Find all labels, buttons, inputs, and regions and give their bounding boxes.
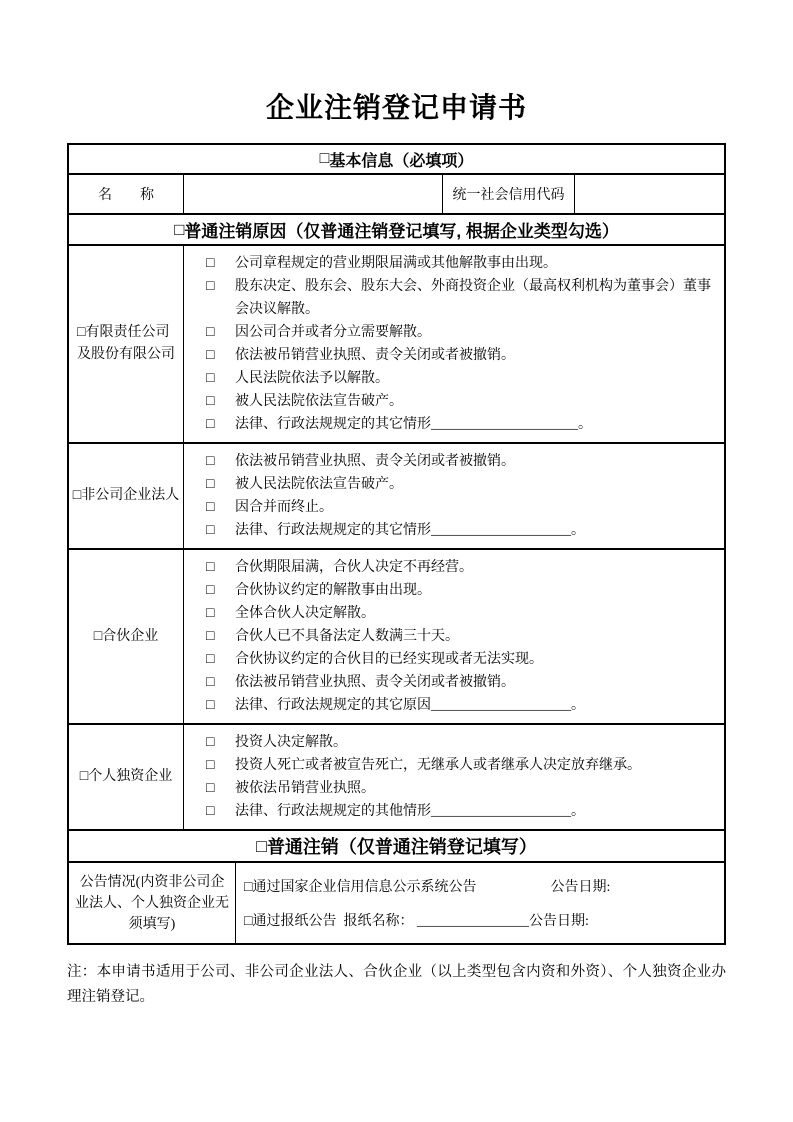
reason-item: □投资人死亡或者被宣告死亡，无继承人或者继承人决定放弃继承。 <box>206 754 718 777</box>
reason-item-checkbox[interactable]: □ <box>206 731 235 754</box>
announcement-date-label: 公告日期: <box>550 876 610 896</box>
reason-item-text: 合伙协议约定的合伙目的已经实现或者无法实现。 <box>235 652 543 667</box>
reason-item: □被人民法院依法宣告破产。 <box>206 473 718 496</box>
reason-group-row: □非公司企业法人□依法被吊销营业执照、责令关闭或者被撤销。□被人民法院依法宣告破… <box>69 442 724 548</box>
reason-item: □因合并而终止。 <box>206 496 718 519</box>
announcement-option: □通过报纸公告 报纸名称： ________________公告日期: <box>244 910 724 930</box>
reason-item: □因公司合并或者分立需要解散。 <box>206 321 718 344</box>
reason-item-checkbox[interactable]: □ <box>206 367 235 390</box>
cancellation-reason-section-checkbox[interactable]: □ <box>174 220 184 240</box>
basic-info-row: 名 称 统一社会信用代码 <box>69 173 724 213</box>
reason-item-checkbox[interactable]: □ <box>206 694 235 717</box>
reason-item-text: 因公司合并或者分立需要解散。 <box>235 325 431 340</box>
announcement-option-checkbox[interactable]: □ <box>244 880 252 896</box>
reason-item-text: 全体合伙人决定解散。 <box>235 606 375 621</box>
enterprise-type-label: □有限责任公司及股份有限公司 <box>77 322 175 366</box>
reason-group-row: □合伙企业□合伙期限届满，合伙人决定不再经营。□合伙协议约定的解散事由出现。□全… <box>69 548 724 723</box>
reason-item: □依法被吊销营业执照、责令关闭或者被撤销。 <box>206 450 718 473</box>
enterprise-type-cell: □个人独资企业 <box>69 725 184 829</box>
reason-item-checkbox[interactable]: □ <box>206 473 235 496</box>
reason-item-text: 公司章程规定的营业期限届满或其他解散事由出现。 <box>235 256 557 271</box>
reason-items-cell: □依法被吊销营业执照、责令关闭或者被撤销。□被人民法院依法宣告破产。□因合并而终… <box>184 444 724 548</box>
reason-item-text: 依法被吊销营业执照、责令关闭或者被撤销。 <box>235 675 515 690</box>
reason-item: □依法被吊销营业执照、责令关闭或者被撤销。 <box>206 671 718 694</box>
reason-item: □公司章程规定的营业期限届满或其他解散事由出现。 <box>206 252 718 275</box>
enterprise-type-checkbox[interactable]: □ <box>80 769 88 784</box>
reason-item: □全体合伙人决定解散。 <box>206 602 718 625</box>
reason-item-text: 合伙人已不具备法定人数满三十天。 <box>235 629 459 644</box>
reason-item: □法律、行政法规规定的其他情形____________________。 <box>206 800 718 823</box>
ordinary-cancellation-section-title: 普通注销（仅普通注销登记填写） <box>267 833 537 859</box>
enterprise-type-line: 及股份有限公司 <box>77 344 175 366</box>
reason-item-text: 合伙期限届满，合伙人决定不再经营。 <box>235 560 473 575</box>
reason-item-text: 合伙协议约定的解散事由出现。 <box>235 583 431 598</box>
reason-item-checkbox[interactable]: □ <box>206 602 235 625</box>
announcement-label: 公告情况(内资非公司企业法人、个人独资企业无须填写) <box>69 863 236 943</box>
reason-item-checkbox[interactable]: □ <box>206 275 235 298</box>
enterprise-type-text: 非公司企业法人 <box>81 488 179 503</box>
reason-item-text: 被人民法院依法宣告破产。 <box>235 394 403 409</box>
credit-code-label: 统一社会信用代码 <box>443 175 575 213</box>
reason-item: □被人民法院依法宣告破产。 <box>206 390 718 413</box>
reason-item-checkbox[interactable]: □ <box>206 556 235 579</box>
name-input[interactable] <box>184 175 443 213</box>
reason-item: □被依法吊销营业执照。 <box>206 777 718 800</box>
basic-info-section-checkbox[interactable]: □ <box>320 150 330 168</box>
reason-group-row: □个人独资企业□投资人决定解散。□投资人死亡或者被宣告死亡，无继承人或者继承人决… <box>69 723 724 829</box>
reason-item: □法律、行政法规规定的其它情形____________________。 <box>206 519 718 542</box>
enterprise-type-line: □有限责任公司 <box>77 322 175 344</box>
reason-item-checkbox[interactable]: □ <box>206 625 235 648</box>
reason-item-text: 人民法院依法予以解散。 <box>235 371 389 386</box>
credit-code-input[interactable] <box>575 175 724 213</box>
ordinary-cancellation-section-checkbox[interactable]: □ <box>256 836 267 857</box>
reason-item-text: 法律、行政法规规定的其它原因____________________。 <box>235 698 585 713</box>
reason-item-checkbox[interactable]: □ <box>206 579 235 602</box>
announcement-options: □通过国家企业信用信息公示系统公告公告日期:□通过报纸公告 报纸名称： ____… <box>236 863 724 943</box>
basic-info-section-title: 基本信息（必填项） <box>329 148 473 171</box>
reason-item-checkbox[interactable]: □ <box>206 777 235 800</box>
reason-item-text: 依法被吊销营业执照、责令关闭或者被撤销。 <box>235 454 515 469</box>
cancellation-reason-section-title: 普通注销原因（仅普通注销登记填写, 根据企业类型勾选） <box>184 217 618 242</box>
name-label: 名 称 <box>69 175 184 213</box>
reason-items-cell: □合伙期限届满，合伙人决定不再经营。□合伙协议约定的解散事由出现。□全体合伙人决… <box>184 550 724 723</box>
enterprise-type-text: 及股份有限公司 <box>77 347 175 362</box>
reason-item-text: 股东决定、股东会、股东大会、外商投资企业（最高权利机构为董事会）董事会决议解散。 <box>235 279 711 317</box>
enterprise-type-cell: □非公司企业法人 <box>69 444 184 548</box>
reason-item-checkbox[interactable]: □ <box>206 648 235 671</box>
reason-item-checkbox[interactable]: □ <box>206 496 235 519</box>
announcement-option-text: 通过报纸公告 报纸名称： <box>252 910 417 930</box>
enterprise-type-text: 个人独资企业 <box>88 769 172 784</box>
reason-item-checkbox[interactable]: □ <box>206 519 235 542</box>
announcement-option-checkbox[interactable]: □ <box>244 914 252 930</box>
reason-groups: □有限责任公司及股份有限公司□公司章程规定的营业期限届满或其他解散事由出现。□股… <box>69 244 724 829</box>
enterprise-type-cell: □合伙企业 <box>69 550 184 723</box>
announcement-option-text: 通过国家企业信用信息公示系统公告 <box>252 876 476 896</box>
reason-item: □合伙协议约定的合伙目的已经实现或者无法实现。 <box>206 648 718 671</box>
reason-item: □股东决定、股东会、股东大会、外商投资企业（最高权利机构为董事会）董事会决议解散… <box>206 275 718 321</box>
reason-item: □合伙协议约定的解散事由出现。 <box>206 579 718 602</box>
reason-item-checkbox[interactable]: □ <box>206 390 235 413</box>
reason-item-text: 投资人死亡或者被宣告死亡，无继承人或者继承人决定放弃继承。 <box>235 758 641 773</box>
reason-item-text: 投资人决定解散。 <box>235 735 347 750</box>
enterprise-type-text: 合伙企业 <box>102 629 158 644</box>
reason-item-checkbox[interactable]: □ <box>206 321 235 344</box>
reason-group-row: □有限责任公司及股份有限公司□公司章程规定的营业期限届满或其他解散事由出现。□股… <box>69 246 724 442</box>
announcement-option: □通过国家企业信用信息公示系统公告公告日期: <box>244 876 724 896</box>
application-form-table: □ 基本信息（必填项） 名 称 统一社会信用代码 □ 普通注销原因（仅普通注销登… <box>67 143 726 945</box>
section-header-cancellation-reason: □ 普通注销原因（仅普通注销登记填写, 根据企业类型勾选） <box>69 213 724 244</box>
enterprise-type-label: □非公司企业法人 <box>73 485 179 507</box>
enterprise-type-line: □非公司企业法人 <box>73 485 179 507</box>
enterprise-type-line: □合伙企业 <box>94 626 158 648</box>
enterprise-type-text: 有限责任公司 <box>85 325 169 340</box>
reason-item-checkbox[interactable]: □ <box>206 344 235 367</box>
enterprise-type-line: □个人独资企业 <box>80 766 172 788</box>
reason-item: □合伙期限届满，合伙人决定不再经营。 <box>206 556 718 579</box>
footnote: 注：本申请书适用于公司、非公司企业法人、合伙企业（以上类型包含内资和外资）、个人… <box>67 960 726 1010</box>
reason-item-checkbox[interactable]: □ <box>206 450 235 473</box>
enterprise-type-cell: □有限责任公司及股份有限公司 <box>69 246 184 442</box>
reason-item-text: 依法被吊销营业执照、责令关闭或者被撤销。 <box>235 348 515 363</box>
reason-item: □投资人决定解散。 <box>206 731 718 754</box>
enterprise-type-checkbox[interactable]: □ <box>94 629 102 644</box>
reason-items-cell: □投资人决定解散。□投资人死亡或者被宣告死亡，无继承人或者继承人决定放弃继承。□… <box>184 725 724 829</box>
reason-item-checkbox[interactable]: □ <box>206 800 235 823</box>
form-page: 企业注销登记申请书 □ 基本信息（必填项） 名 称 统一社会信用代码 □ 普通注… <box>0 0 793 1010</box>
reason-item: □依法被吊销营业执照、责令关闭或者被撤销。 <box>206 344 718 367</box>
section-header-ordinary-cancellation: □ 普通注销（仅普通注销登记填写） <box>69 829 724 861</box>
reason-item-text: 被依法吊销营业执照。 <box>235 781 375 796</box>
reason-item-text: 法律、行政法规规定的其它情形_____________________。 <box>235 417 592 432</box>
section-header-basic-info: □ 基本信息（必填项） <box>69 145 724 173</box>
reason-item-text: 因合并而终止。 <box>235 500 333 515</box>
announcement-date-label: 公告日期: <box>529 910 589 930</box>
reason-item-checkbox[interactable]: □ <box>206 252 235 275</box>
reason-item: □法律、行政法规规定的其它原因____________________。 <box>206 694 718 717</box>
reason-item-text: 法律、行政法规规定的其它情形____________________。 <box>235 523 585 538</box>
reason-item-text: 法律、行政法规规定的其他情形____________________。 <box>235 804 585 819</box>
reason-item-text: 被人民法院依法宣告破产。 <box>235 477 403 492</box>
reason-item-checkbox[interactable]: □ <box>206 413 235 436</box>
newspaper-name-input[interactable]: ________________ <box>417 914 529 930</box>
reason-item-checkbox[interactable]: □ <box>206 754 235 777</box>
enterprise-type-label: □合伙企业 <box>94 626 158 648</box>
reason-item: □合伙人已不具备法定人数满三十天。 <box>206 625 718 648</box>
page-title: 企业注销登记申请书 <box>67 86 726 126</box>
reason-item-checkbox[interactable]: □ <box>206 671 235 694</box>
reason-item: □法律、行政法规规定的其它情形_____________________。 <box>206 413 718 436</box>
reason-items-cell: □公司章程规定的营业期限届满或其他解散事由出现。□股东决定、股东会、股东大会、外… <box>184 246 724 442</box>
enterprise-type-checkbox[interactable]: □ <box>73 488 81 503</box>
reason-item: □人民法院依法予以解散。 <box>206 367 718 390</box>
enterprise-type-label: □个人独资企业 <box>80 766 172 788</box>
announcement-row: 公告情况(内资非公司企业法人、个人独资企业无须填写) □通过国家企业信用信息公示… <box>69 861 724 943</box>
